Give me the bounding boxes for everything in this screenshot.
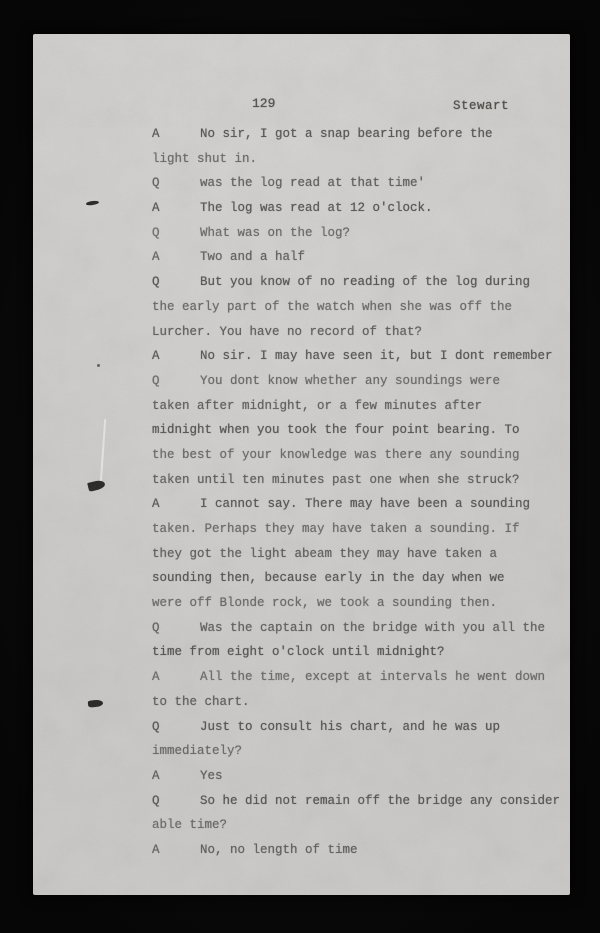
line-text: taken after midnight, or a few minutes a… — [152, 399, 482, 413]
document-line: were off Blonde rock, we took a sounding… — [152, 596, 552, 621]
page-number: 129 — [252, 96, 275, 111]
speaker-label: A — [152, 250, 200, 264]
speaker-label: Q — [152, 226, 200, 240]
document-line: AThe log was read at 12 o'clock. — [152, 201, 552, 226]
line-text: So he did not remain off the bridge any … — [200, 794, 560, 808]
line-text: All the time, except at intervals he wen… — [200, 670, 545, 684]
speaker-label: A — [152, 497, 200, 511]
ink-mark — [97, 364, 100, 367]
speaker-label: Q — [152, 374, 200, 388]
document-line: AAll the time, except at intervals he we… — [152, 670, 552, 695]
line-text: But you know of no reading of the log du… — [200, 275, 530, 289]
document-line: immediately? — [152, 744, 552, 769]
document-line: taken. Perhaps they may have taken a sou… — [152, 522, 552, 547]
ink-mark — [88, 699, 104, 708]
line-text: was the log read at that time' — [200, 176, 425, 190]
line-text: What was on the log? — [200, 226, 350, 240]
line-text: immediately? — [152, 744, 242, 758]
document-line: AI cannot say. There may have been a sou… — [152, 497, 552, 522]
line-text: midnight when you took the four point be… — [152, 423, 520, 437]
line-text: No sir. I may have seen it, but I dont r… — [200, 349, 553, 363]
document-line: the early part of the watch when she was… — [152, 300, 552, 325]
line-text: Was the captain on the bridge with you a… — [200, 621, 545, 635]
line-text: No sir, I got a snap bearing before the — [200, 127, 493, 141]
speaker-label: A — [152, 843, 200, 857]
document-line: time from eight o'clock until midnight? — [152, 645, 552, 670]
line-text: I cannot say. There may have been a soun… — [200, 497, 530, 511]
document-line: QJust to consult his chart, and he was u… — [152, 720, 552, 745]
speaker-label: Q — [152, 720, 200, 734]
line-text: time from eight o'clock until midnight? — [152, 645, 445, 659]
line-text: the early part of the watch when she was… — [152, 300, 512, 314]
document-line: midnight when you took the four point be… — [152, 423, 552, 448]
speaker-label: Q — [152, 176, 200, 190]
document-line: ANo sir. I may have seen it, but I dont … — [152, 349, 552, 374]
document-line: they got the light abeam they may have t… — [152, 547, 552, 572]
line-text: No, no length of time — [200, 843, 358, 857]
document-line: able time? — [152, 818, 552, 843]
document-line: QWas the captain on the bridge with you … — [152, 621, 552, 646]
line-text: they got the light abeam they may have t… — [152, 547, 497, 561]
document-line: taken until ten minutes past one when sh… — [152, 473, 552, 498]
document-line: Lurcher. You have no record of that? — [152, 325, 552, 350]
document-line: ANo, no length of time — [152, 843, 552, 868]
document-line: light shut in. — [152, 152, 552, 177]
line-text: light shut in. — [152, 152, 257, 166]
line-text: taken until ten minutes past one when sh… — [152, 473, 520, 487]
paper-crease — [100, 419, 106, 483]
speaker-label: Q — [152, 621, 200, 635]
speaker-label: A — [152, 127, 200, 141]
document-line: QYou dont know whether any soundings wer… — [152, 374, 552, 399]
speaker-label: A — [152, 670, 200, 684]
document-line: QBut you know of no reading of the log d… — [152, 275, 552, 300]
document-line: QSo he did not remain off the bridge any… — [152, 794, 552, 819]
document-line: the best of your knowledge was there any… — [152, 448, 552, 473]
scan-background: 129 Stewart ANo sir, I got a snap bearin… — [0, 0, 600, 933]
document-line: AYes — [152, 769, 552, 794]
document-line: Qwas the log read at that time' — [152, 176, 552, 201]
speaker-label: A — [152, 769, 200, 783]
document-page: 129 Stewart ANo sir, I got a snap bearin… — [33, 34, 570, 895]
document-line: sounding then, because early in the day … — [152, 571, 552, 596]
document-line: ATwo and a half — [152, 250, 552, 275]
line-text: Lurcher. You have no record of that? — [152, 325, 422, 339]
line-text: able time? — [152, 818, 227, 832]
line-text: sounding then, because early in the day … — [152, 571, 505, 585]
line-text: the best of your knowledge was there any… — [152, 448, 520, 462]
document-line: to the chart. — [152, 695, 552, 720]
line-text: The log was read at 12 o'clock. — [200, 201, 433, 215]
line-text: were off Blonde rock, we took a sounding… — [152, 596, 497, 610]
ink-mark — [87, 479, 106, 492]
speaker-label: A — [152, 349, 200, 363]
line-text: taken. Perhaps they may have taken a sou… — [152, 522, 520, 536]
line-text: Yes — [200, 769, 223, 783]
text-block: ANo sir, I got a snap bearing before the… — [152, 127, 552, 868]
line-text: Just to consult his chart, and he was up — [200, 720, 500, 734]
document-line: taken after midnight, or a few minutes a… — [152, 399, 552, 424]
line-text: You dont know whether any soundings were — [200, 374, 500, 388]
speaker-label: Q — [152, 794, 200, 808]
witness-name: Stewart — [453, 99, 509, 113]
line-text: Two and a half — [200, 250, 305, 264]
document-line: ANo sir, I got a snap bearing before the — [152, 127, 552, 152]
document-line: QWhat was on the log? — [152, 226, 552, 251]
speaker-label: A — [152, 201, 200, 215]
speaker-label: Q — [152, 275, 200, 289]
line-text: to the chart. — [152, 695, 250, 709]
ink-mark — [86, 200, 99, 206]
